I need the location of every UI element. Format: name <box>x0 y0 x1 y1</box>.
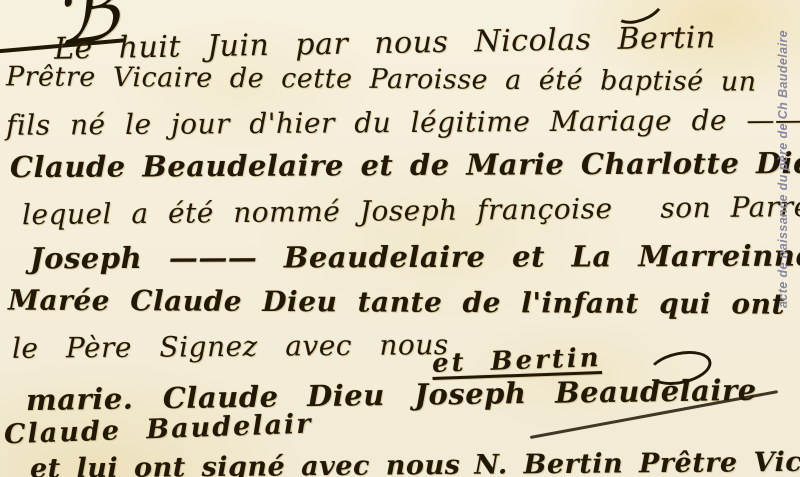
manuscript-line-2: Prêtre Vicaire de cette Paroisse a été b… <box>6 61 757 97</box>
manuscript-line-4: Claude Beaudelaire et de Marie Charlotte… <box>10 146 800 184</box>
manuscript-line-3: fils né le jour d'hier du légitime Maria… <box>6 103 800 142</box>
signature-et-bertin: et Bertin <box>432 343 603 379</box>
manuscript-page: ℬ Le huit Juin par nous Nicolas Bertin P… <box>0 0 800 477</box>
manuscript-line-5: lequel a été nommé Joseph françoise son … <box>22 190 800 232</box>
manuscript-line-8: le Père Signez avec nous <box>12 328 449 365</box>
manuscript-line-closing: et lui ont signé avec nous N. Bertin Prê… <box>30 446 800 477</box>
signature-row: marie. Claude Dieu Joseph Beaudelaire <box>26 373 757 417</box>
manuscript-line-6: Joseph ——— Beaudelaire et La Marreinne <box>30 239 800 276</box>
manuscript-line-1: Le huit Juin par nous Nicolas Bertin <box>54 20 716 67</box>
manuscript-line-7: Marée Claude Dieu tante de l'infant qui … <box>8 284 800 322</box>
margin-caption: acte de naissance du père de Ch Baudelai… <box>776 19 794 319</box>
